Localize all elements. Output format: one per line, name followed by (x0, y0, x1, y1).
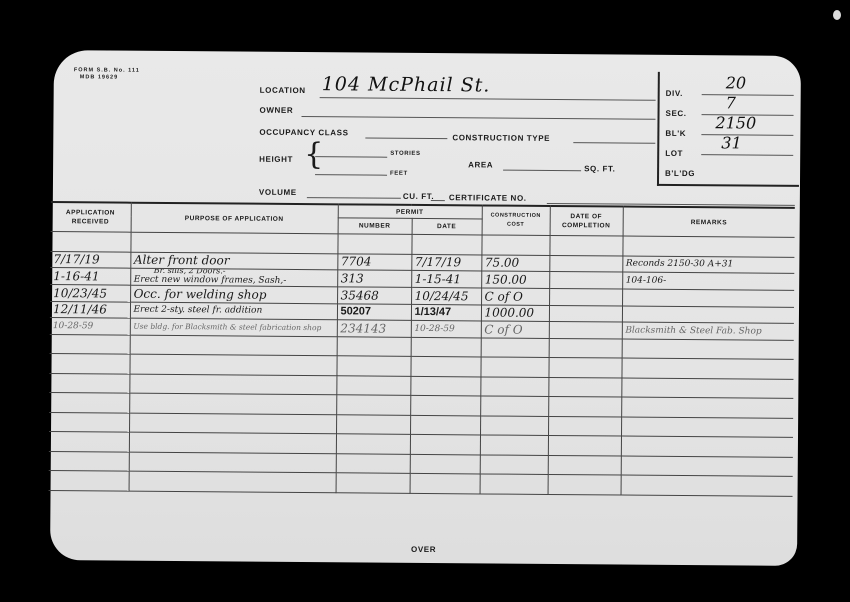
cu-ft-label: CU. FT. (403, 192, 434, 201)
mdb-number-text: MDB 19629 (74, 74, 118, 80)
cell (621, 436, 793, 457)
cu-ft-line (431, 200, 445, 201)
cell (130, 335, 337, 356)
construction-line (573, 142, 655, 144)
cell (129, 413, 336, 434)
cell (336, 453, 410, 473)
occupancy-class-label: OCCUPANCY CLASS (259, 128, 348, 138)
cost-cell: 1000.00 (481, 304, 549, 321)
number-cell: 7704 (337, 253, 411, 270)
cost-cell: C of O (481, 288, 549, 305)
completion-cell (549, 255, 622, 272)
cost-cell: C of O (481, 321, 549, 338)
cell (336, 434, 410, 454)
feet-label: FEET (390, 171, 408, 177)
cell (130, 232, 337, 253)
remarks-cell: 104-106- (622, 272, 794, 290)
date-cell: 10-28-59 (411, 320, 481, 337)
cell (336, 375, 410, 395)
cell (621, 358, 793, 379)
div-value: 20 (726, 73, 747, 92)
bldg-row: B'L'DG (665, 154, 799, 177)
cell (129, 452, 336, 473)
date-cell: 1/13/47 (411, 304, 481, 321)
cell (410, 473, 480, 493)
cell (410, 415, 480, 435)
header-remarks: REMARKS (623, 207, 795, 238)
received-cell: 1-16-41 (50, 268, 130, 286)
volume-line (307, 197, 401, 199)
header-construction-cost: CONSTRUCTION COST (482, 205, 550, 235)
feet-line (315, 174, 387, 176)
cell (621, 456, 793, 477)
occupancy-line (365, 138, 447, 140)
permit-table: APPLICATION RECEIVED PURPOSE OF APPLICAT… (49, 201, 795, 496)
cell (621, 417, 793, 438)
completion-cell (549, 305, 622, 322)
cell (548, 474, 621, 494)
construction-type-label: CONSTRUCTION TYPE (452, 133, 550, 143)
cell (548, 377, 621, 397)
remarks-cell (622, 306, 794, 324)
cell (50, 232, 130, 252)
cell (480, 474, 548, 494)
cell (481, 235, 549, 255)
header-permit-number: NUMBER (338, 218, 412, 234)
cell (49, 451, 129, 471)
cell (480, 396, 548, 416)
cell (480, 357, 548, 377)
header-application-received: APPLICATION RECEIVED (51, 202, 131, 232)
purpose-cell: Erect 2-sty. steel fr. addition (130, 302, 337, 320)
cell (410, 454, 480, 474)
header-permit-date: DATE (412, 219, 482, 235)
certificate-label: CERTIFICATE NO. (449, 193, 527, 203)
owner-line (301, 116, 655, 120)
purpose-cell: Alter front door (130, 252, 337, 270)
cell (549, 338, 622, 358)
cell (622, 236, 794, 257)
cell (410, 434, 480, 454)
scan-speck (833, 10, 841, 20)
remarks-cell: Reconds 2150-30 A+31 (622, 256, 794, 274)
cell (129, 374, 336, 395)
cell (621, 397, 793, 418)
cell (549, 235, 622, 255)
cell (411, 337, 481, 357)
purpose-cell: Use bldg. for Blacksmith & steel fabrica… (130, 318, 337, 336)
cell (337, 336, 411, 356)
number-cell: 313 (337, 270, 411, 288)
cell (129, 432, 336, 453)
cell (336, 473, 410, 493)
cell (410, 356, 480, 376)
blk-value: 2150 (715, 113, 756, 132)
purpose-cell: Occ. for welding shop (130, 285, 337, 303)
cell (336, 414, 410, 434)
permit-card: FORM S.B. No. 111 MDB 19629 LOCATION 104… (50, 50, 801, 566)
purpose-text: Erect new window frames, Sash,- (134, 275, 287, 286)
cell (481, 337, 549, 357)
cell (129, 393, 336, 414)
completion-cell (549, 288, 622, 305)
cell (548, 435, 621, 455)
date-cell: 1-15-41 (411, 270, 481, 288)
purpose-cell: Br. sills, 2 Doors.- Erect new window fr… (130, 268, 337, 287)
received-cell: 12/11/46 (50, 301, 130, 318)
cell (410, 376, 480, 396)
height-label: HEIGHT (259, 155, 293, 164)
cell (336, 356, 410, 376)
completion-cell (549, 271, 622, 289)
cell (50, 334, 130, 354)
cell (49, 471, 129, 491)
area-label: AREA (468, 160, 493, 169)
cell (548, 416, 621, 436)
cell (621, 475, 793, 496)
received-cell: 7/17/19 (50, 251, 130, 268)
lot-value: 31 (721, 133, 742, 152)
location-label: LOCATION (260, 86, 306, 95)
area-line (503, 170, 581, 172)
completion-cell (549, 321, 622, 338)
cell (480, 415, 548, 435)
cost-cell: 150.00 (481, 271, 549, 289)
number-cell: 234143 (337, 320, 411, 337)
volume-label: VOLUME (259, 188, 297, 197)
remarks-cell: Blacksmith & Steel Fab. Shop (622, 322, 794, 340)
brace-icon: { (304, 140, 323, 170)
received-cell: 10/23/45 (50, 285, 130, 302)
owner-label: OWNER (260, 106, 294, 115)
over-label: OVER (50, 542, 797, 557)
cell (336, 395, 410, 415)
header-permit: PERMIT (338, 204, 482, 219)
header-date-of-completion: DATE OF COMPLETION (550, 206, 623, 236)
cell (480, 454, 548, 474)
form-number: FORM S.B. No. 111 MDB 19629 (74, 67, 140, 82)
cell (129, 354, 336, 375)
cell (49, 412, 129, 432)
cell (480, 435, 548, 455)
sec-value: 7 (726, 93, 736, 112)
header-purpose: PURPOSE OF APPLICATION (131, 203, 338, 234)
cell (49, 393, 129, 413)
bldg-label: B'L'DG (665, 169, 695, 178)
cell (337, 234, 411, 254)
form-number-text: FORM S.B. No. 111 (74, 67, 140, 74)
cell (548, 396, 621, 416)
location-line (320, 97, 656, 101)
remarks-cell (622, 289, 794, 307)
number-cell: 50207 (337, 303, 411, 320)
cell (548, 357, 621, 377)
cell (410, 395, 480, 415)
stories-line (315, 156, 387, 158)
cell (129, 471, 336, 492)
cell (411, 234, 481, 254)
cell (49, 354, 129, 374)
cell (49, 373, 129, 393)
date-cell: 10/24/45 (411, 287, 481, 304)
cell (49, 432, 129, 452)
stories-label: STORIES (390, 151, 420, 157)
cell (548, 455, 621, 475)
cost-cell: 75.00 (481, 254, 549, 271)
cell (480, 376, 548, 396)
lot-info-box: DIV. 20 SEC. 7 BL'K 2150 LOT 31 B'L'DG (657, 72, 800, 187)
cell (622, 339, 794, 360)
date-cell: 7/17/19 (411, 254, 481, 271)
sq-ft-label: SQ. FT. (584, 164, 615, 173)
received-cell: 10-28-59 (50, 318, 130, 335)
location-value: 104 McPhail St. (322, 73, 491, 96)
number-cell: 35468 (337, 287, 411, 304)
cell (621, 378, 793, 399)
